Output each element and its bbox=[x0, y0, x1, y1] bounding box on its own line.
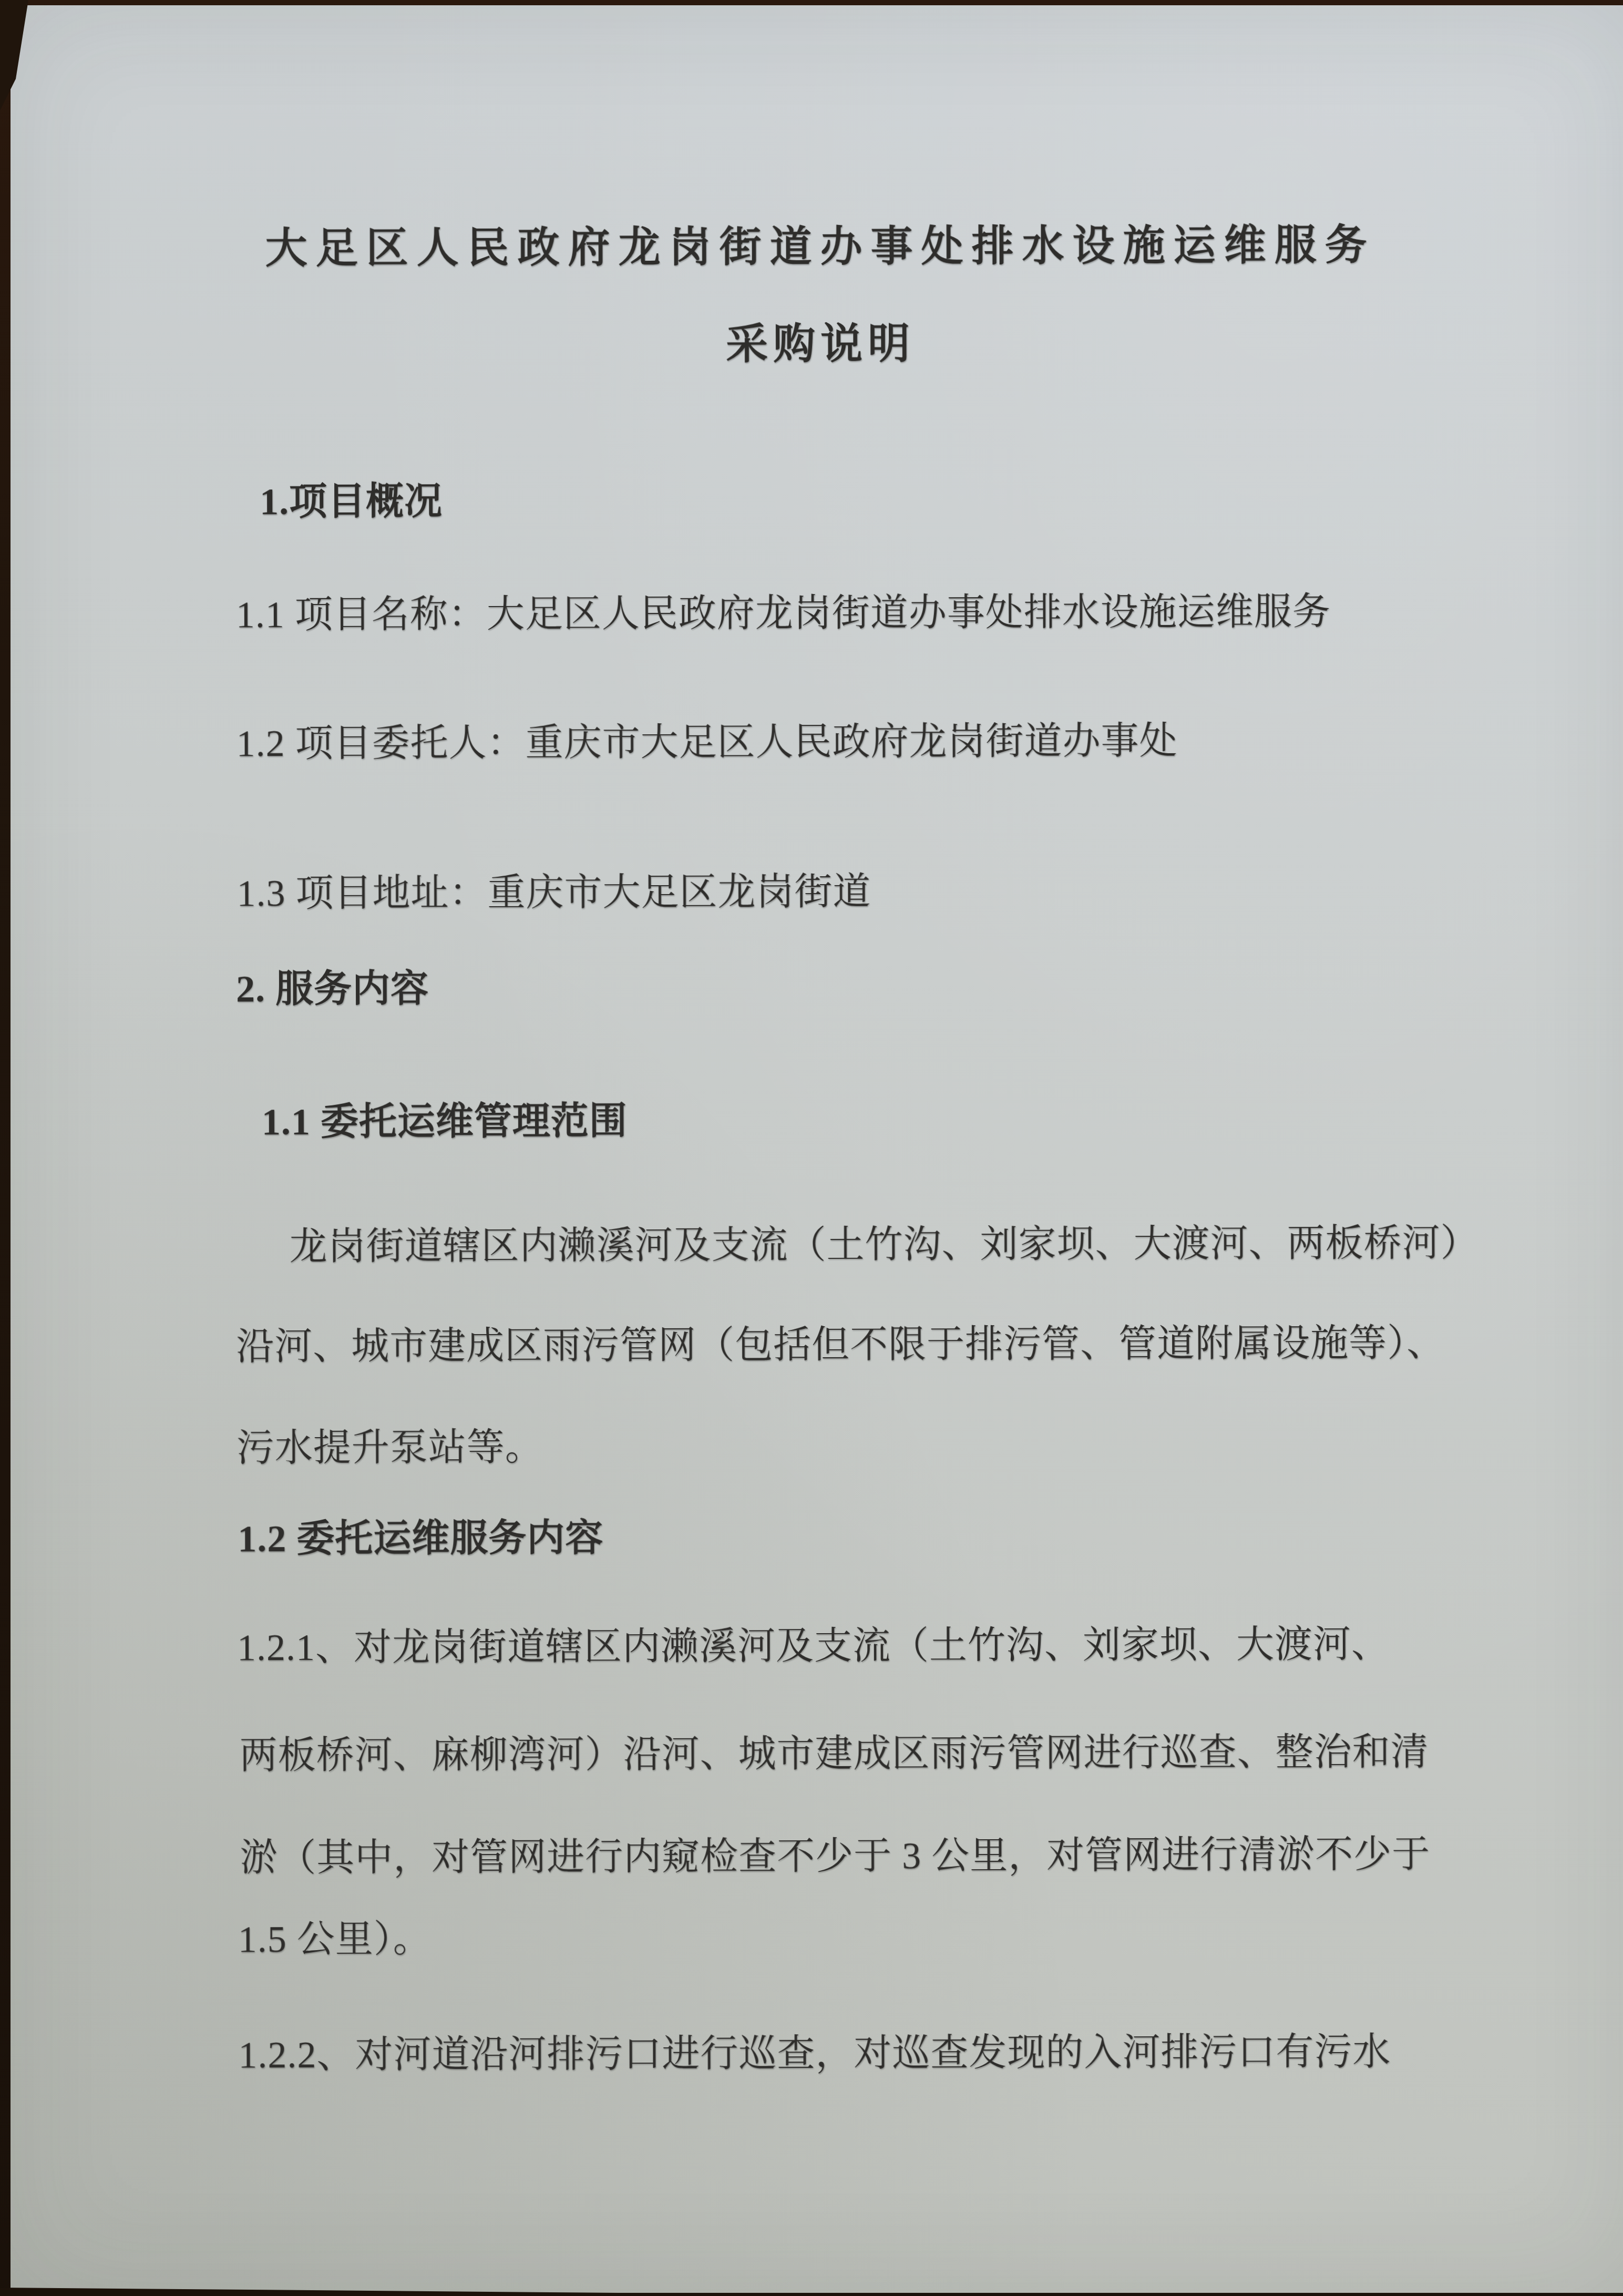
doc-line-item-122-1: 1.2.2、对河道沿河排污口进行巡查，对巡查发现的入河排污口有污水 bbox=[238, 2033, 1391, 2074]
paper-sheet: 大足区人民政府龙岗街道办事处排水设施运维服务 采购说明 1.项目概况 1.1 项… bbox=[11, 5, 1623, 2293]
doc-line-item-121-2: 两板桥河、麻柳湾河）沿河、城市建成区雨污管网进行巡查、整治和清 bbox=[240, 1733, 1429, 1774]
doc-line-scope-paragraph-3: 污水提升泵站等。 bbox=[237, 1428, 543, 1467]
section-heading-service-content: 2. 服务内容 bbox=[236, 969, 429, 1008]
doc-line-item-121-1: 1.2.1、对龙岗街道辖区内濑溪河及支流（土竹沟、刘家坝、大渡河、 bbox=[237, 1625, 1390, 1667]
doc-line-scope-paragraph-2: 沿河、城市建成区雨污管网（包括但不限于排污管、管道附属设施等）、 bbox=[236, 1324, 1445, 1365]
document-text: 大足区人民政府龙岗街道办事处排水设施运维服务 采购说明 1.项目概况 1.1 项… bbox=[7, 3, 1623, 2295]
section-heading-maintenance-scope: 1.1 委托运维管理范围 bbox=[262, 1102, 628, 1141]
doc-line-scope-paragraph-1: 龙岗街道辖区内濑溪河及支流（土竹沟、刘家坝、大渡河、两板桥河） bbox=[289, 1224, 1478, 1265]
doc-line-project-name: 1.1 项目名称：大足区人民政府龙岗街道办事处排水设施运维服务 bbox=[236, 592, 1331, 634]
doc-line-item-121-3: 淤（其中，对管网进行内窥检查不少于 3 公里，对管网进行清淤不少于 bbox=[240, 1835, 1430, 1877]
section-heading-project-overview: 1.项目概况 bbox=[260, 482, 443, 520]
doc-line-project-address: 1.3 项目地址：重庆市大足区龙岗街道 bbox=[237, 873, 871, 913]
photo-background: 大足区人民政府龙岗街道办事处排水设施运维服务 采购说明 1.项目概况 1.1 项… bbox=[0, 0, 1623, 2296]
document-title-line2: 采购说明 bbox=[8, 321, 1623, 368]
section-heading-maintenance-services: 1.2 委托运维服务内容 bbox=[238, 1519, 603, 1557]
document-title-line1: 大足区人民政府龙岗街道办事处排水设施运维服务 bbox=[7, 223, 1623, 271]
doc-line-item-121-4: 1.5 公里）。 bbox=[238, 1920, 432, 1958]
doc-line-project-client: 1.2 项目委托人：重庆市大足区人民政府龙岗街道办事处 bbox=[236, 722, 1177, 763]
